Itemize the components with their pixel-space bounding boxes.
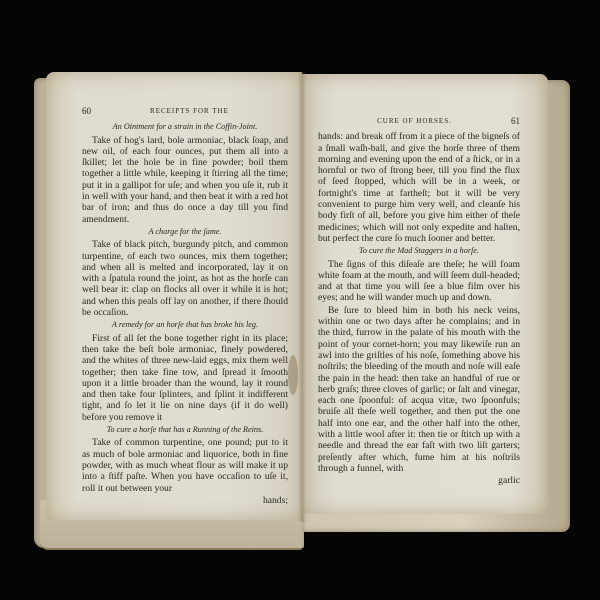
catchword: garlic bbox=[318, 475, 520, 486]
book-photo: 60 RECEIPTS FOR THE An Ointment for a st… bbox=[0, 0, 600, 600]
section-heading: A remedy for an horſe that has broke his… bbox=[82, 319, 288, 330]
section-text: The ſigns of this diſeaſe are theſe; he … bbox=[318, 259, 520, 304]
paper-stain bbox=[288, 355, 298, 395]
section-text: Take of black pitch, burgundy pitch, and… bbox=[82, 239, 288, 318]
left-page-header: 60 RECEIPTS FOR THE bbox=[82, 106, 288, 117]
right-page-text: CURE OF HORSES. 61 hands: and break off … bbox=[318, 116, 520, 487]
section-heading: An Ointment for a strain in the Coffin-J… bbox=[82, 121, 288, 132]
page-number: 61 bbox=[511, 116, 520, 127]
left-page-text: 60 RECEIPTS FOR THE An Ointment for a st… bbox=[82, 106, 288, 506]
section-heading: To cure the Mad Staggers in a horſe. bbox=[318, 245, 520, 256]
right-page-header: CURE OF HORSES. 61 bbox=[318, 116, 520, 127]
running-head: RECEIPTS FOR THE bbox=[150, 106, 229, 117]
section-heading: To cure a horſe that has a Running of th… bbox=[82, 424, 288, 435]
catchword: hands; bbox=[82, 495, 288, 506]
section-text: First of all ſet the bone together right… bbox=[82, 333, 288, 423]
section-text: hands: and break off from it a piece of … bbox=[318, 131, 520, 244]
section-text: Take of hog's lard, bole armoniac, black… bbox=[82, 135, 288, 225]
running-head: CURE OF HORSES. bbox=[377, 116, 452, 127]
section-text: Take of common turpentine, one pound; pu… bbox=[82, 437, 288, 493]
section-heading: A charge for the ſame. bbox=[82, 226, 288, 237]
section-text: Be ſure to bleed him in both his neck ve… bbox=[318, 305, 520, 474]
page-number: 60 bbox=[82, 106, 91, 117]
book-gutter bbox=[298, 72, 306, 522]
